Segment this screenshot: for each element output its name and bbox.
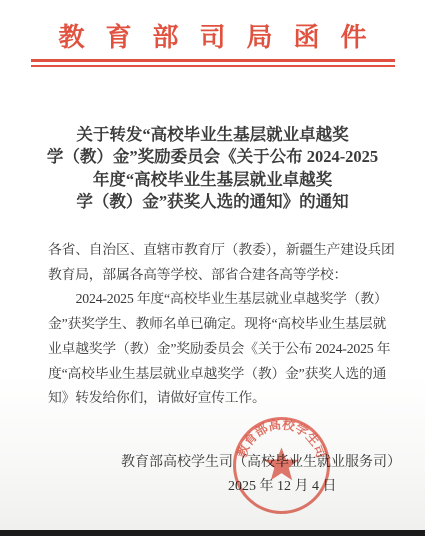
scan-bottom-edge: [0, 530, 425, 536]
body-line: 各省、自治区、直辖市教育厅（教委），新疆生产建设兵团: [48, 238, 398, 263]
body-line: 知》转发给你们，请做好宣传工作。: [48, 386, 398, 411]
document-title-line: 学（教）金”获奖人选的通知》的通知: [18, 191, 407, 213]
official-seal: 教育部高校学生司: [231, 415, 332, 516]
body-line: 金”获奖学生、教师名单已确定。现将“高校毕业生基层就: [48, 312, 398, 337]
document-body: 各省、自治区、直辖市教育厅（教委），新疆生产建设兵团 教育局，部属各高等学校、部…: [48, 238, 398, 411]
letterhead-divider: [31, 59, 395, 67]
body-line: 教育局，部属各高等学校、部省合建各高等学校：: [48, 263, 398, 288]
body-line: 度“高校毕业生基层就业卓越奖学（教）金”获奖人选的通: [48, 362, 398, 387]
body-line: 2024-2025 年度“高校毕业生基层就业卓越奖学（教）: [48, 287, 398, 312]
star-icon: [264, 447, 299, 480]
document-page: 教育部司局函件 关于转发“高校毕业生基层就业卓越奖 学（教）金”奖励委员会《关于…: [0, 0, 425, 536]
body-line: 业卓越奖学（教）金”奖励委员会《关于公布 2024-2025 年: [48, 337, 398, 362]
document-title-line: 学（教）金”奖励委员会《关于公布 2024-2025: [18, 146, 407, 168]
letterhead-title: 教育部司局函件: [0, 17, 425, 54]
document-title: 关于转发“高校毕业生基层就业卓越奖 学（教）金”奖励委员会《关于公布 2024-…: [18, 124, 407, 214]
document-title-line: 关于转发“高校毕业生基层就业卓越奖: [18, 124, 407, 146]
document-title-line: 年度“高校毕业生基层就业卓越奖: [18, 169, 407, 191]
